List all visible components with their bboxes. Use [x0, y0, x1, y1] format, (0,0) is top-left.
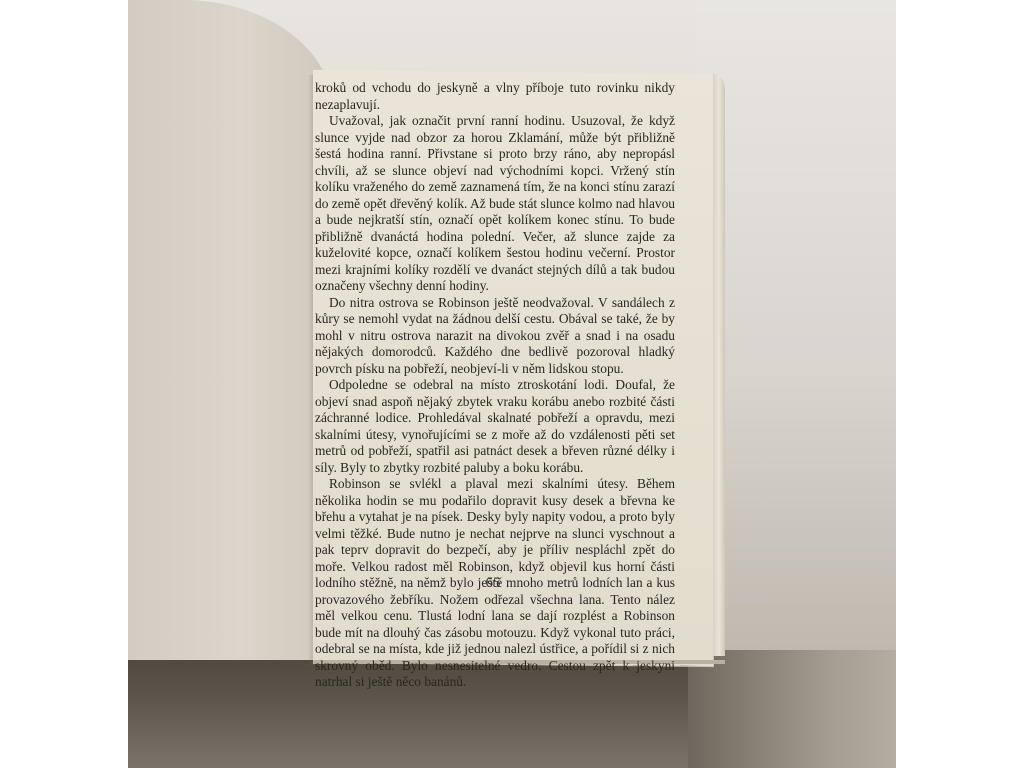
book-photo: kroků od vchodu do jeskyně a vlny příboj…	[128, 0, 896, 768]
page-text: kroků od vchodu do jeskyně a vlny příboj…	[315, 80, 675, 691]
paragraph: kroků od vchodu do jeskyně a vlny příboj…	[315, 80, 675, 113]
page-number: 65	[473, 575, 513, 592]
left-page	[128, 0, 333, 660]
paragraph: Odpoledne se odebral na místo ztroskotán…	[315, 377, 675, 476]
shadow-fade	[688, 650, 896, 768]
page-stack-edge	[713, 74, 725, 656]
